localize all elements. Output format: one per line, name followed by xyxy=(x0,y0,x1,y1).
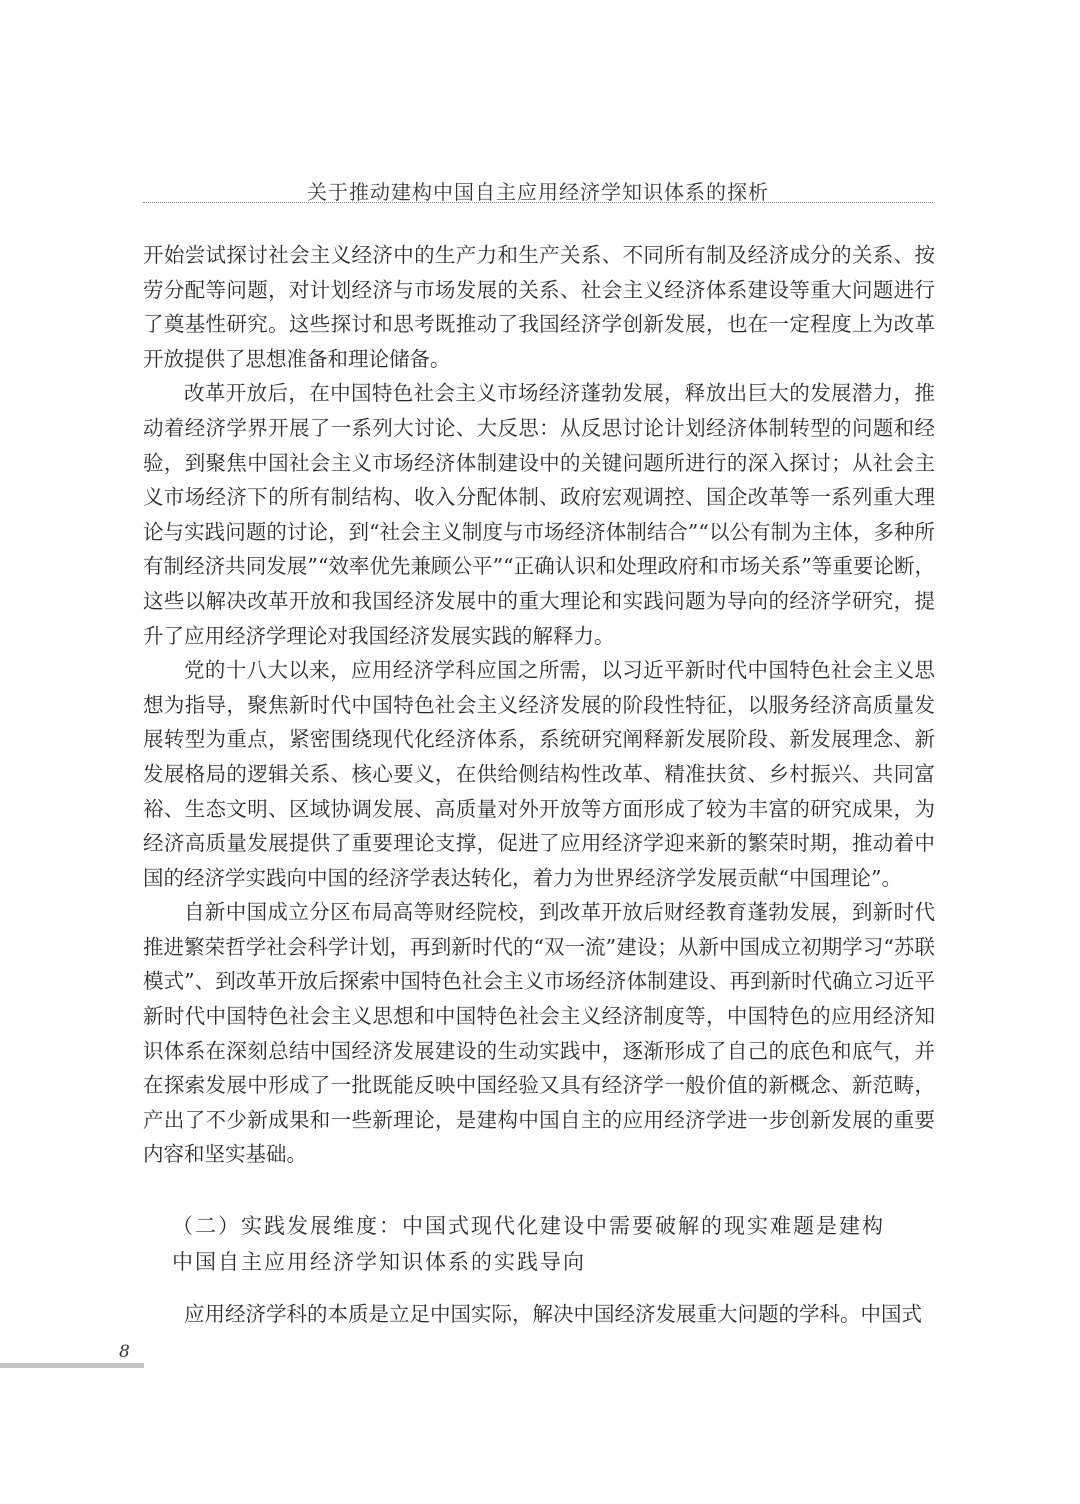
section-first-paragraph: 应用经济学科的本质是立足中国实际，解决中国经济发展重大问题的学科。中国式 xyxy=(143,1297,935,1331)
paragraph-continued: 开始尝试探讨社会主义经济中的生产力和生产关系、不同所有制及经济成分的关系、按劳分… xyxy=(143,238,935,376)
section-heading-line-2: 中国自主应用经济学知识体系的实践导向 xyxy=(144,1244,935,1280)
running-head-divider xyxy=(143,202,933,203)
body-text: 开始尝试探讨社会主义经济中的生产力和生产关系、不同所有制及经济成分的关系、按劳分… xyxy=(143,238,935,1172)
section-heading: （二）实践发展维度：中国式现代化建设中需要破解的现实难题是建构 中国自主应用经济… xyxy=(172,1208,935,1280)
footer-bar xyxy=(0,1363,144,1368)
running-head: 关于推动建构中国自主应用经济学知识体系的探析 xyxy=(143,176,933,205)
paragraph: 自新中国成立分区布局高等财经院校，到改革开放后财经教育蓬勃发展，到新时代推进繁荣… xyxy=(143,895,935,1172)
paragraph: 改革开放后，在中国特色社会主义市场经济蓬勃发展，释放出巨大的发展潜力，推动着经济… xyxy=(143,376,935,653)
paragraph: 党的十八大以来，应用经济学科应国之所需，以习近平新时代中国特色社会主义思想为指导… xyxy=(143,653,935,895)
page-number: 8 xyxy=(119,1342,130,1362)
section-heading-line-1: （二）实践发展维度：中国式现代化建设中需要破解的现实难题是建构 xyxy=(172,1214,885,1238)
